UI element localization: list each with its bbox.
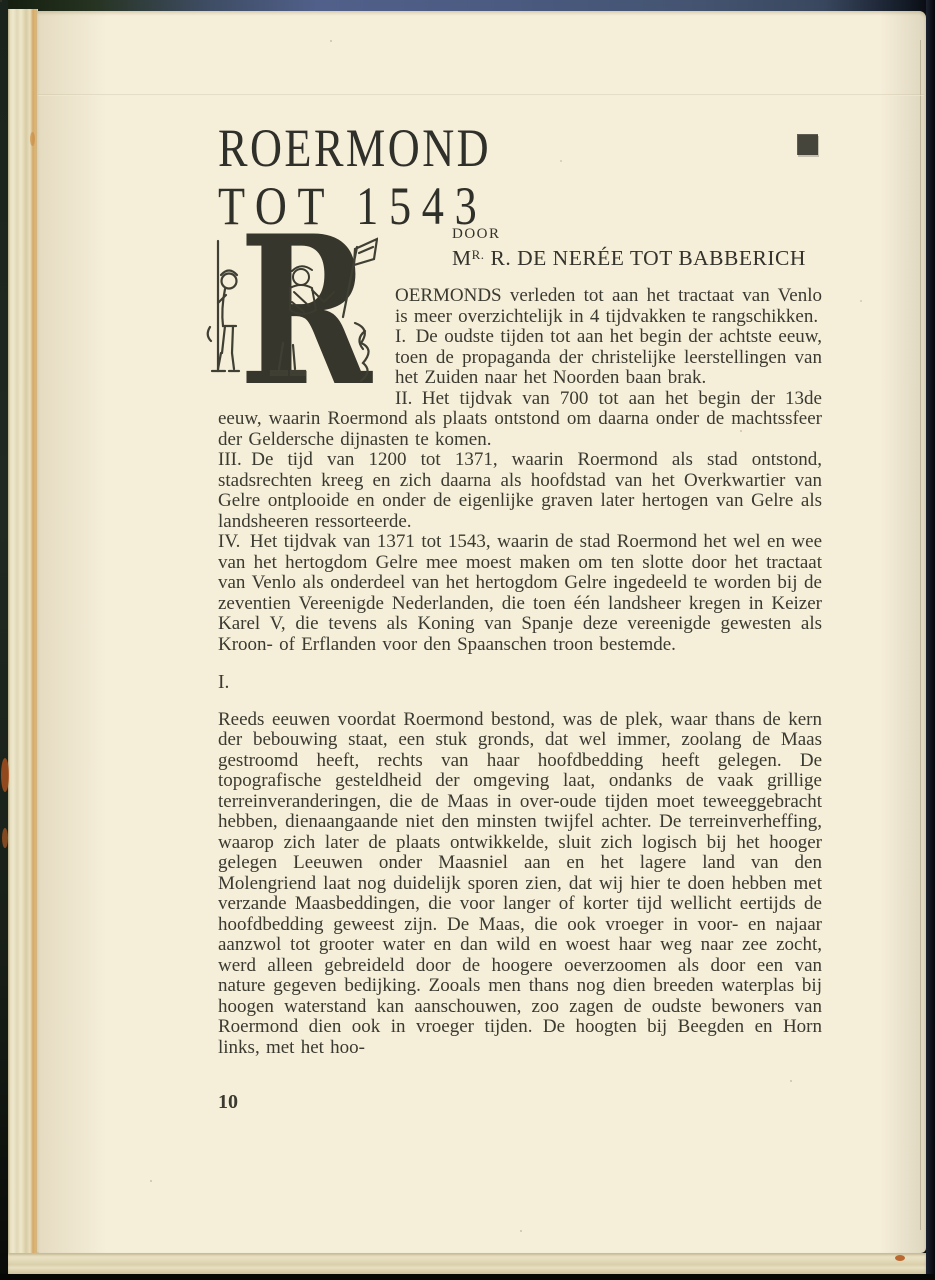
foxing-stain [30, 132, 35, 146]
ornament-square [797, 134, 818, 155]
body-text: R [218, 286, 822, 1058]
paragraph: Reeds eeuwen voordat Roermond bestond, w… [218, 710, 822, 1059]
book-cover-bottom-edge [0, 1274, 935, 1280]
book-cover-right-edge [926, 0, 935, 1280]
page-number: 10 [218, 1091, 238, 1114]
author-superscript: R. [472, 247, 485, 262]
book-spine-left [0, 0, 8, 1280]
stacked-page-edges-left [8, 9, 38, 1274]
section-heading: I. [218, 673, 822, 694]
paper-speckles [0, 0, 2, 2]
byline: DOOR MR.R. DE NERÉE TOT BABBERICH [452, 226, 806, 271]
page-gutter-shadow [37, 11, 107, 1253]
foxing-stain [895, 1255, 905, 1261]
paragraph: II. Het tijdvak van 700 tot aan het begi… [218, 389, 822, 451]
author-name: MR.R. DE NERÉE TOT BABBERICH [452, 246, 806, 271]
foxing-stain [1, 758, 9, 792]
title-line-1: ROERMOND [218, 120, 491, 177]
book-binding-top-edge [0, 0, 935, 11]
paragraph: III. De tijd van 1200 tot 1371, waarin R… [218, 450, 822, 532]
paragraph: IV. Het tijdvak van 1371 tot 1543, waari… [218, 532, 822, 655]
chapter-title: ROERMOND TOT 1543 [218, 120, 551, 235]
page-crease [920, 40, 921, 1230]
book-scan: ROERMOND TOT 1543 DOOR MR.R. DE NERÉE TO… [0, 0, 935, 1280]
paper-crease-line [38, 94, 924, 96]
title-line-2: TOT 1543 [218, 178, 491, 235]
author-rest: R. DE NERÉE TOT BABBERICH [491, 246, 806, 270]
stacked-page-edges-bottom [8, 1253, 926, 1274]
foxing-stain [2, 828, 8, 848]
drop-cap-letter: R [239, 231, 373, 389]
historiated-initial-R-icon: R [205, 231, 378, 389]
byline-label: DOOR [452, 226, 806, 243]
author-prefix: M [452, 246, 472, 270]
